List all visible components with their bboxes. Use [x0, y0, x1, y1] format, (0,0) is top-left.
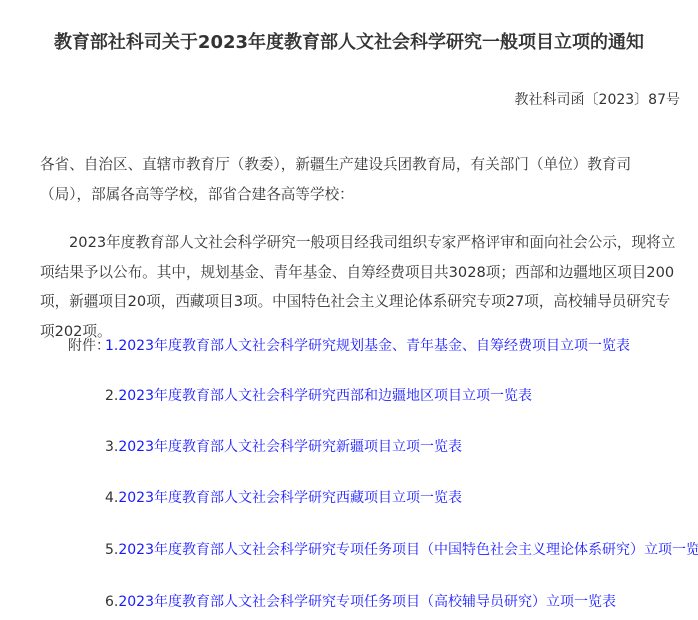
attachment-item-2: 2.2023年度教育部人文社会科学研究西部和边疆地区项目立项一览表 [105, 383, 532, 409]
document-title: 教育部社科司关于2023年度教育部人文社会科学研究一般项目立项的通知 [0, 30, 698, 56]
attachment-link-4[interactable]: 2023年度教育部人文社会科学研究西藏项目立项一览表 [118, 490, 462, 506]
document-number: 教社科司函〔2023〕87号 [515, 89, 680, 111]
attachment-number: 5. [105, 542, 118, 558]
attachment-link-3[interactable]: 2023年度教育部人文社会科学研究新疆项目立项一览表 [118, 439, 462, 455]
attachment-item-1: 附件：1.2023年度教育部人文社会科学研究规划基金、青年基金、自筹经费项目立项… [68, 333, 630, 359]
attachment-link-6[interactable]: 2023年度教育部人文社会科学研究专项任务项目（高校辅导员研究）立项一览表 [118, 594, 616, 610]
body-paragraph: 2023年度教育部人文社会科学研究一般项目经我司组织专家严格评审和面向社会公示，… [40, 228, 676, 346]
attachment-item-5: 5.2023年度教育部人文社会科学研究专项任务项目（中国特色社会主义理论体系研究… [105, 537, 698, 563]
attachment-number: 1. [105, 338, 118, 354]
attachment-number: 2. [105, 388, 118, 404]
attachment-link-1[interactable]: 1.2023年度教育部人文社会科学研究规划基金、青年基金、自筹经费项目立项一览表 [105, 338, 630, 354]
attachments-label: 附件： [68, 333, 105, 359]
attachment-number: 3. [105, 439, 118, 455]
attachment-item-6: 6.2023年度教育部人文社会科学研究专项任务项目（高校辅导员研究）立项一览表 [105, 589, 616, 615]
attachment-link-5[interactable]: 2023年度教育部人文社会科学研究专项任务项目（中国特色社会主义理论体系研究）立… [118, 542, 698, 558]
attachment-number: 4. [105, 490, 118, 506]
attachment-link-2[interactable]: 2023年度教育部人文社会科学研究西部和边疆地区项目立项一览表 [118, 388, 532, 404]
attachment-title: 2023年度教育部人文社会科学研究规划基金、青年基金、自筹经费项目立项一览表 [118, 338, 630, 354]
attachment-item-4: 4.2023年度教育部人文社会科学研究西藏项目立项一览表 [105, 485, 462, 511]
salutation-paragraph: 各省、自治区、直辖市教育厅（教委），新疆生产建设兵团教育局，有关部门（单位）教育… [40, 150, 676, 209]
attachment-item-3: 3.2023年度教育部人文社会科学研究新疆项目立项一览表 [105, 434, 462, 460]
attachment-number: 6. [105, 594, 118, 610]
